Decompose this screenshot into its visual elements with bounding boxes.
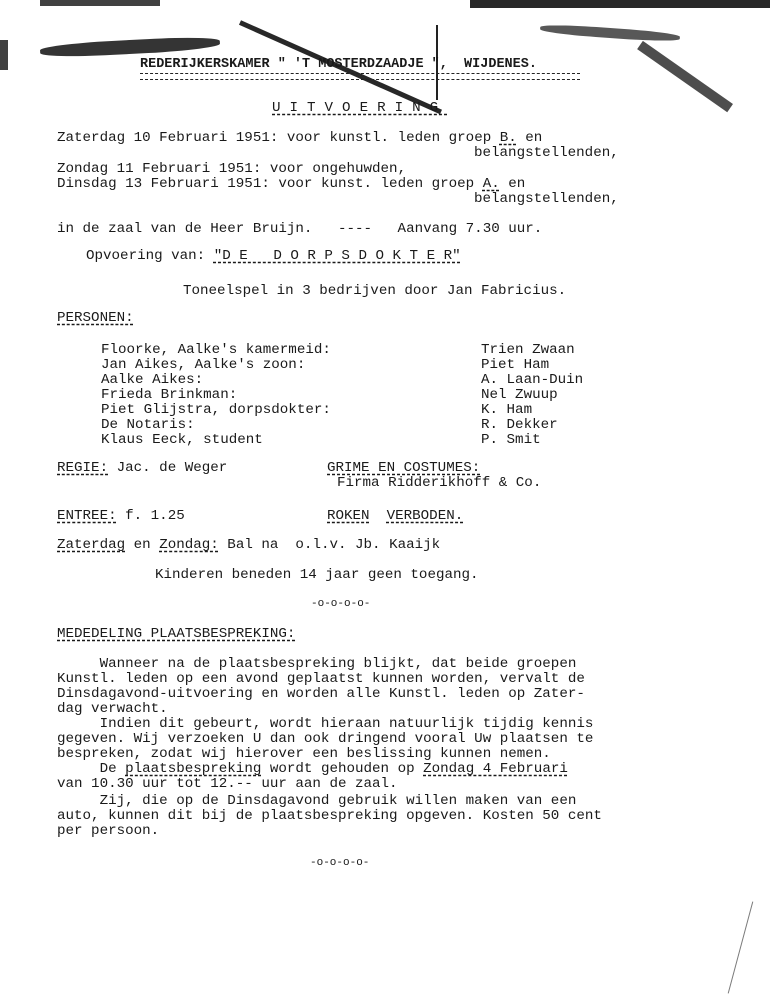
performance-1: Zaterdag 10 Februari 1951: voor kunstl. … bbox=[57, 131, 542, 146]
play-subtitle: Toneelspel in 3 bedrijven door Jan Fabri… bbox=[183, 284, 566, 299]
cast-role: Frieda Brinkman: bbox=[101, 388, 237, 403]
footer-separator: -o-o-o-o- bbox=[310, 856, 369, 871]
separator: -o-o-o-o- bbox=[311, 597, 370, 612]
performance-3: Dinsdag 13 Februari 1951: voor kunst. le… bbox=[57, 177, 525, 192]
performance-date: Dinsdag 13 Februari 1951: bbox=[57, 176, 270, 192]
cast-role: De Notaris: bbox=[101, 418, 195, 433]
performance-1-cont: belangstellenden, bbox=[474, 146, 619, 161]
section-heading: UITVOERING bbox=[272, 101, 447, 116]
performance-3-cont: belangstellenden, bbox=[474, 192, 619, 207]
scan-fold-line bbox=[728, 901, 754, 993]
venue-line: in de zaal van de Heer Bruijn. ---- Aanv… bbox=[57, 222, 542, 237]
scan-smudge bbox=[540, 23, 680, 43]
performance-group: B. bbox=[500, 130, 517, 146]
entree-line: ENTREE: f. 1.25 bbox=[57, 509, 185, 524]
entree-value: f. 1.25 bbox=[117, 508, 185, 524]
cast-actor: P. Smit bbox=[481, 433, 541, 448]
header-double-rule bbox=[140, 73, 580, 80]
grime-value: Firma Ridderikhoff & Co. bbox=[337, 476, 541, 491]
ball-day-2: Zondag: bbox=[159, 537, 219, 553]
cast-actor: Trien Zwaan bbox=[481, 343, 575, 358]
performance-audience: voor kunst. leden groep bbox=[278, 176, 482, 192]
text: De bbox=[57, 761, 125, 777]
regie-value: Jac. de Weger bbox=[108, 460, 227, 476]
roken-word: ROKEN bbox=[327, 508, 370, 524]
ball-day-1: Zaterdag bbox=[57, 537, 125, 553]
notice-line-12: per persoon. bbox=[57, 824, 159, 839]
notice-line: dag verwacht. bbox=[57, 702, 168, 717]
play-line: Opvoering van: "D E D O R P S D O K T E … bbox=[86, 249, 461, 264]
scan-smudge bbox=[470, 0, 770, 8]
regie-line: REGIE: Jac. de Weger bbox=[57, 461, 227, 476]
scan-smudge bbox=[637, 41, 733, 112]
notice-line-9: van 10.30 uur tot 12.-- uur aan de zaal. bbox=[57, 777, 398, 792]
play-label: Opvoering van: bbox=[86, 248, 214, 264]
scan-smudge bbox=[40, 0, 160, 6]
cast-role: Klaus Eeck, student bbox=[101, 433, 263, 448]
verboden-word: VERBODEN. bbox=[387, 508, 464, 524]
cast-actor: K. Ham bbox=[481, 403, 532, 418]
cast-actor: Piet Ham bbox=[481, 358, 549, 373]
ball-text: Bal na o.l.v. Jb. Kaaijk bbox=[219, 537, 440, 553]
cast-heading: PERSONEN: bbox=[57, 311, 134, 326]
performance-suffix: en bbox=[517, 130, 543, 146]
notice-line-11: auto, kunnen dit bij de plaatsbespreking… bbox=[57, 809, 602, 824]
entree-label: ENTREE: bbox=[57, 508, 117, 524]
smoking-notice: ROKEN VERBODEN. bbox=[327, 509, 463, 524]
cast-role: Floorke, Aalke's kamermeid: bbox=[101, 343, 331, 358]
text: wordt gehouden op bbox=[261, 761, 423, 777]
performance-date: Zaterdag 10 Februari 1951: bbox=[57, 130, 278, 146]
cast-actor: R. Dekker bbox=[481, 418, 558, 433]
booking-date: Zondag 4 Februari bbox=[423, 761, 568, 777]
play-title: "D E D O R P S D O K T E R" bbox=[214, 248, 461, 264]
notice-line: gegeven. Wij verzoeken U dan ook dringen… bbox=[57, 732, 593, 747]
notice-line: Wanneer na de plaatsbespreking blijkt, d… bbox=[57, 657, 576, 672]
scan-smudge bbox=[0, 40, 8, 70]
regie-label: REGIE: bbox=[57, 460, 108, 476]
performance-suffix: en bbox=[500, 176, 526, 192]
notice-line: bespreken, zodat wij hierover een beslis… bbox=[57, 747, 551, 762]
grime-label: GRIME EN COSTUMES: bbox=[327, 461, 480, 476]
performance-group: A. bbox=[483, 176, 500, 192]
notice-line-10: Zij, die op de Dinsdagavond gebruik will… bbox=[57, 794, 576, 809]
notice-line-8: De plaatsbespreking wordt gehouden op Zo… bbox=[57, 762, 568, 777]
children-notice: Kinderen beneden 14 jaar geen toegang. bbox=[155, 568, 479, 583]
org-title: REDERIJKERSKAMER " 'T MOSTERDZAADJE ", W… bbox=[140, 57, 537, 72]
cast-role: Jan Aikes, Aalke's zoon: bbox=[101, 358, 305, 373]
performance-audience: voor kunstl. leden groep bbox=[287, 130, 500, 146]
notice-heading: MEDEDELING PLAATSBESPREKING: bbox=[57, 627, 295, 642]
scan-smudge bbox=[40, 35, 220, 58]
plaatsbespreking-term: plaatsbespreking bbox=[125, 761, 261, 777]
ball-conj: en bbox=[125, 537, 159, 553]
notice-line: Indien dit gebeurt, wordt hieraan natuur… bbox=[57, 717, 593, 732]
performance-2: Zondag 11 Februari 1951: voor ongehuwden… bbox=[57, 162, 406, 177]
performance-audience: voor ongehuwden, bbox=[270, 161, 406, 177]
notice-line: Kunstl. leden op een avond geplaatst kun… bbox=[57, 672, 585, 687]
cast-role: Piet Glijstra, dorpsdokter: bbox=[101, 403, 331, 418]
cast-actor: A. Laan-Duin bbox=[481, 373, 583, 388]
notice-line: Dinsdagavond-uitvoering en worden alle K… bbox=[57, 687, 585, 702]
performance-date: Zondag 11 Februari 1951: bbox=[57, 161, 261, 177]
cast-actor: Nel Zwuup bbox=[481, 388, 558, 403]
cast-role: Aalke Aikes: bbox=[101, 373, 203, 388]
ball-line: Zaterdag en Zondag: Bal na o.l.v. Jb. Ka… bbox=[57, 538, 440, 553]
